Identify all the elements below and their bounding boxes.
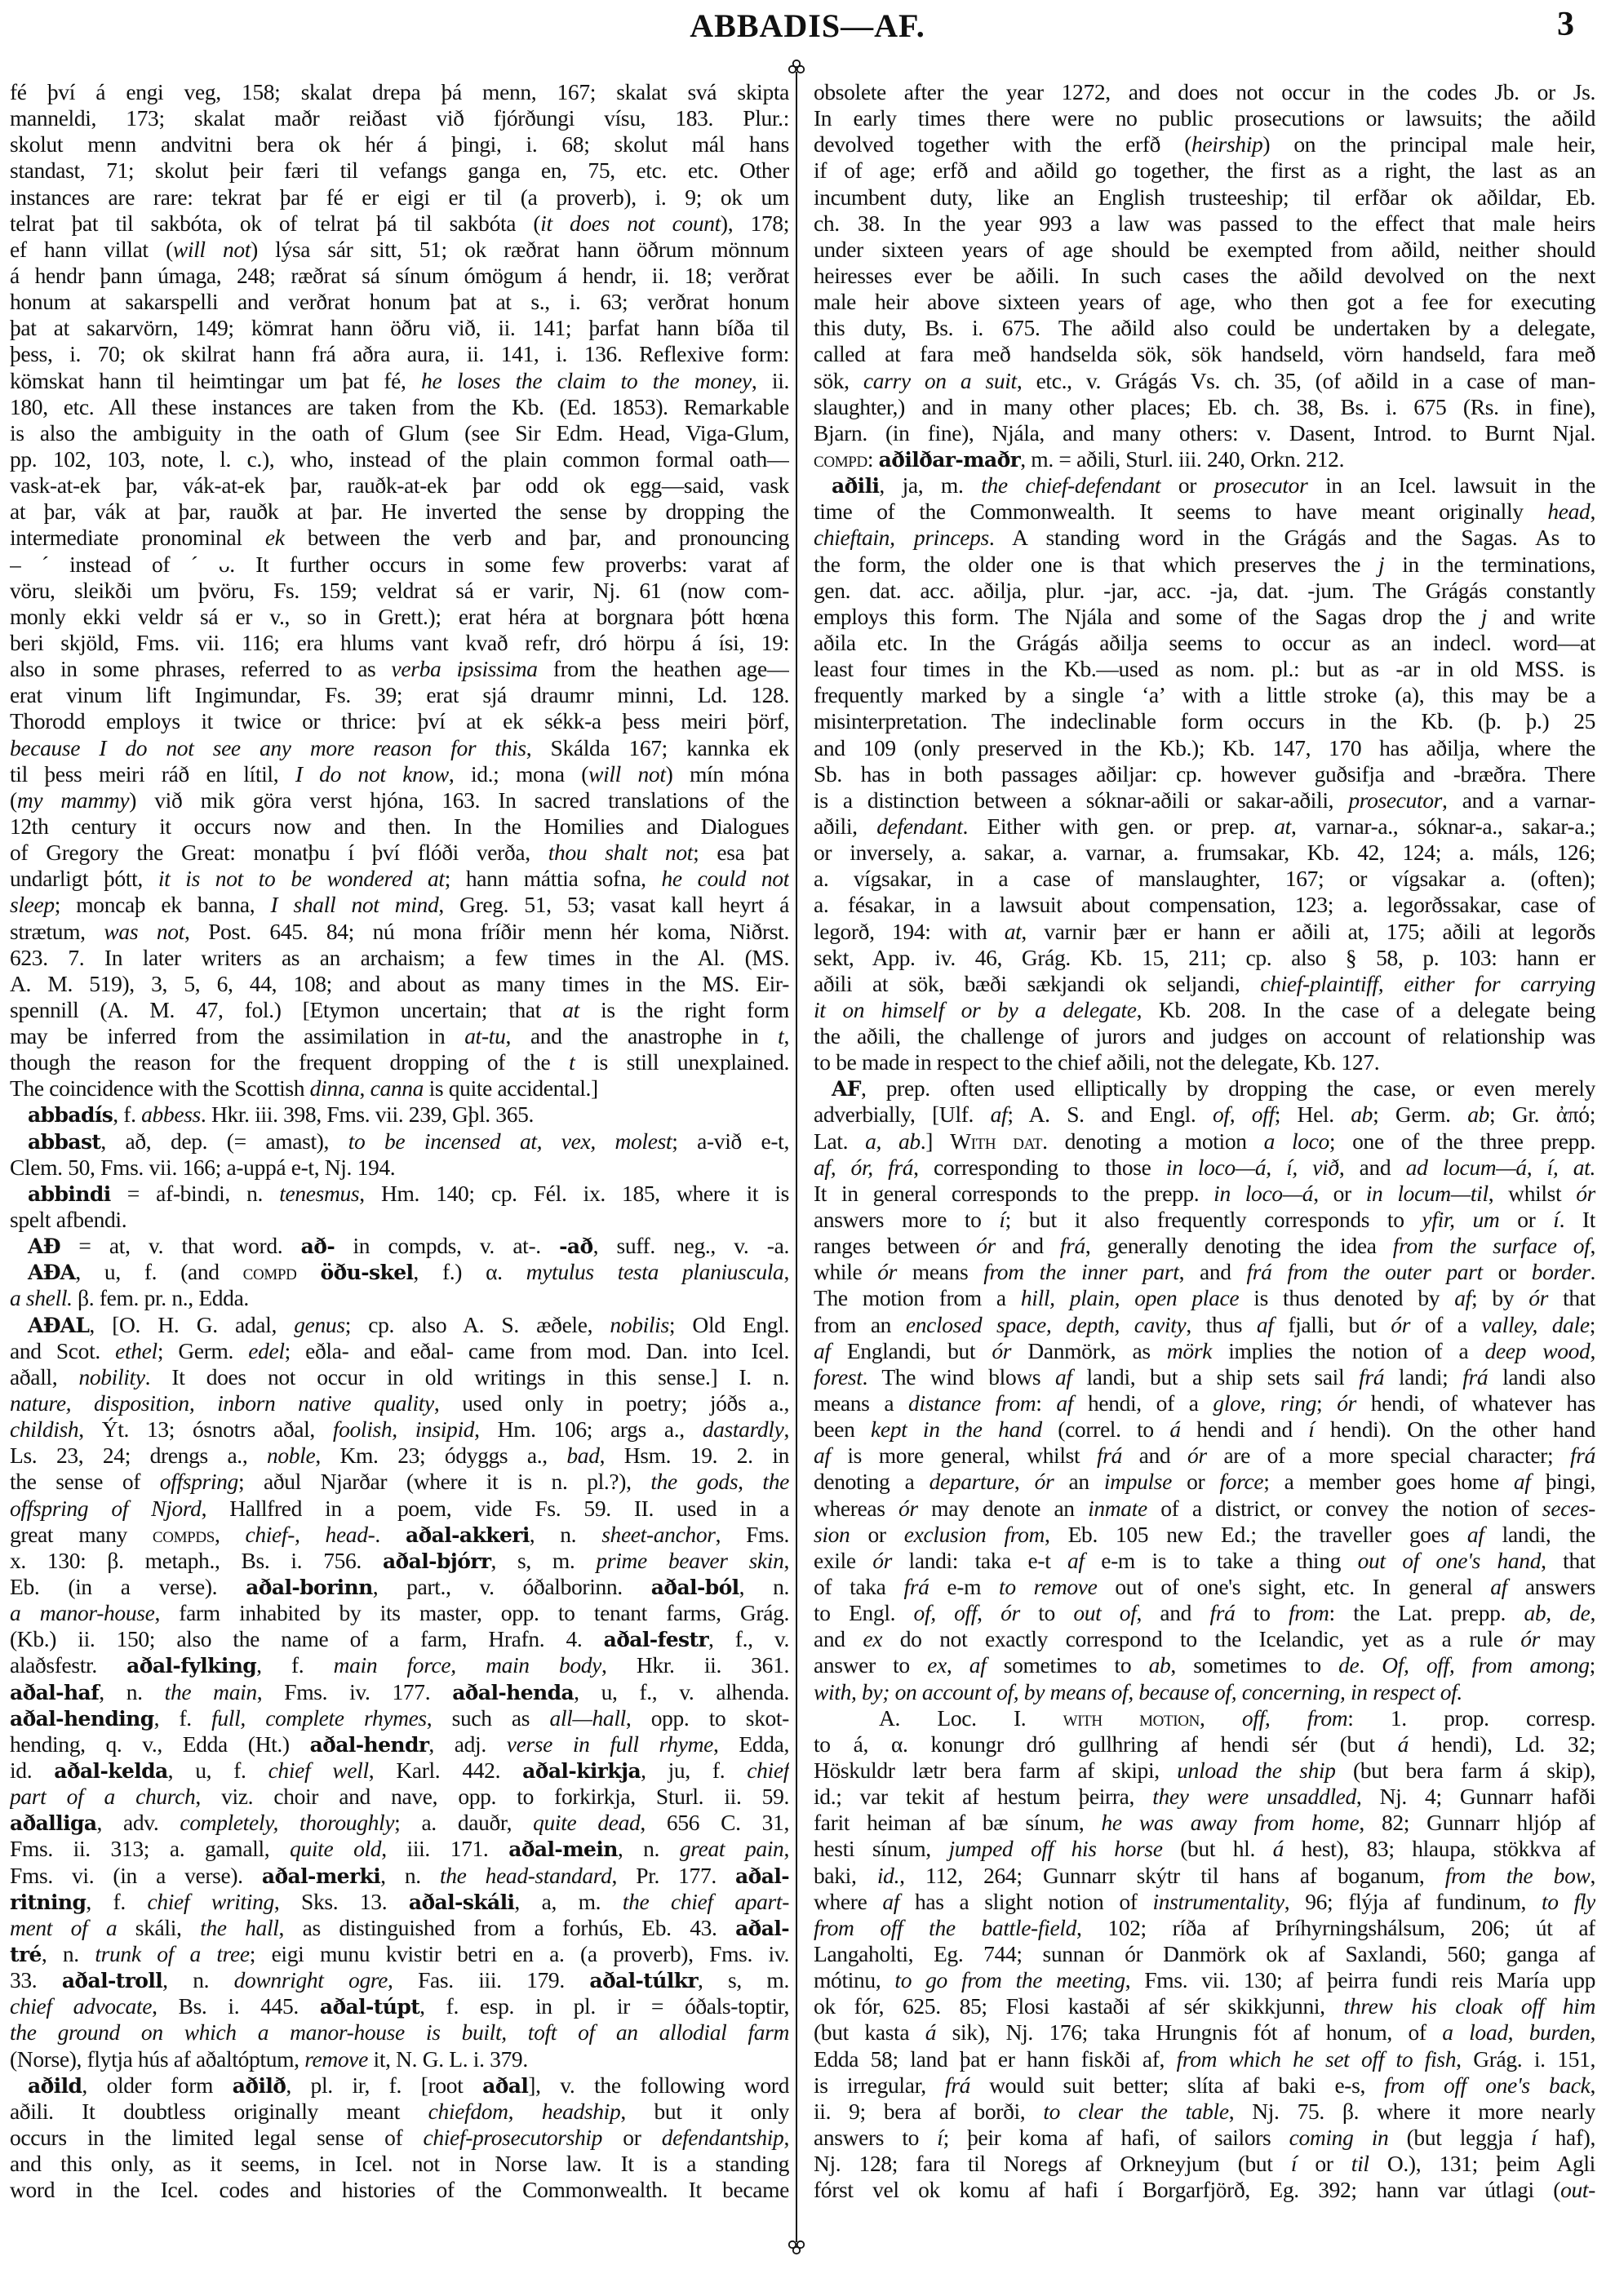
text-segment: , n. [618, 1836, 680, 1861]
text-segment: , suff. neg., v. -a. [593, 1233, 789, 1258]
headword: aðal-bjórr [383, 1549, 491, 1573]
text-segment: from off one's back [1384, 2072, 1590, 2098]
text-segment: aðila etc. In the Grágás aðilja seems to… [814, 630, 1595, 655]
text-segment: Lat. [814, 1128, 865, 1154]
text-segment: thou shalt not [548, 840, 693, 865]
text-segment: devolved together with the erfð ( [814, 131, 1191, 157]
text-segment: denoting a [814, 1469, 930, 1494]
text-segment: defendant [876, 813, 962, 839]
text-line: this duty, Bs. i. 675. The aðild also co… [814, 315, 1595, 341]
text-line: af Englandi, but ór Danmörk, as mörk imp… [814, 1338, 1595, 1364]
text-segment: ór [1520, 1626, 1540, 1651]
text-line: ok fór, 625. 85; Flosi kastaði af sér sk… [814, 1993, 1595, 2019]
text-line: 33. aðal-troll, n. downright ogre, Fas. … [10, 1967, 789, 1993]
text-segment: hendi). On the other hand [1315, 1416, 1595, 1442]
text-line: offspring of Njord, Hallfred in a poem, … [10, 1496, 789, 1522]
text-segment: hendi, of whatever has [1356, 1390, 1595, 1416]
text-segment: , Fms. vii. 130; af þeirra fundi reis Ma… [1125, 1967, 1595, 1992]
text-segment: hendi, of a [1073, 1390, 1213, 1416]
text-segment: Thorodd employs it twice or thrice: því … [10, 708, 789, 734]
text-segment: sometimes to [986, 1652, 1148, 1678]
text-segment: the form, the older one is that which pr… [814, 552, 1378, 577]
text-segment: ab, de [1524, 1600, 1590, 1625]
text-segment: will not [588, 761, 666, 787]
text-segment: dastardly [703, 1416, 784, 1442]
text-line: baki, id., 112, 264; Gunnarr skýtr til h… [814, 1863, 1595, 1889]
text-segment: standast, 71; skolut þeir færi til vefan… [10, 157, 789, 183]
text-segment: , [1590, 1338, 1595, 1363]
text-segment: out of one's hand [1358, 1548, 1542, 1573]
text-segment: jumped off his horse [948, 1836, 1162, 1861]
text-segment: offspring of Njord [10, 1496, 202, 1521]
text-segment: frá [903, 1574, 929, 1599]
text-line: denoting a departure, ór an impulse or f… [814, 1469, 1595, 1495]
text-segment: monly ekki veldr sá er v., so in Grett.)… [10, 604, 789, 629]
text-segment: , u, f. (and [75, 1259, 242, 1284]
text-line: ch. 38. In the year 993 a law was passed… [814, 211, 1595, 237]
text-segment: 12th century it occurs now and then. In … [10, 813, 789, 839]
text-segment: (correl. to [1042, 1416, 1170, 1442]
text-line: answers more to í; but it also frequentl… [814, 1207, 1595, 1233]
text-segment: and [1122, 1443, 1187, 1468]
text-line: forest. The wind blows af landi, but a s… [814, 1364, 1595, 1390]
text-segment: quite dead [533, 1810, 640, 1835]
text-segment: , and the anastrophe in [505, 1023, 778, 1048]
text-segment: I. [977, 1705, 1063, 1731]
text-segment: where [814, 1889, 882, 1914]
text-line: fórst vel ok komu af hafi í Borgarfjörð,… [814, 2177, 1595, 2203]
text-line: a. fésakar, in a lawsuit about compensat… [814, 892, 1595, 918]
headword: aðal-festr [604, 1628, 708, 1651]
text-line: with, by; on account of, by means of, be… [814, 1679, 1595, 1705]
text-segment: a manor-house [10, 1600, 154, 1625]
text-segment: prosecutor [1348, 787, 1442, 813]
text-segment: canna [370, 1075, 424, 1101]
text-segment: of, off [914, 1600, 978, 1625]
text-line: devolved together with the erfð (heirshi… [814, 131, 1595, 157]
text-segment: denoting a motion [1048, 1128, 1264, 1154]
text-line: of Gregory the Great: monatþu í því flóð… [10, 840, 789, 866]
text-segment: would suit better; slíta af baki e-s, [970, 2072, 1384, 2098]
text-line: A. Loc. I. with motion, off, from: 1. pr… [814, 1705, 1595, 1731]
text-segment: sök, [814, 368, 863, 393]
text-segment: to go from the meeting [894, 1967, 1125, 1992]
text-segment: ) lýsa sár sitt, 51; ok ræðrat hann öðru… [251, 237, 789, 262]
text-segment: , thus [1186, 1312, 1257, 1337]
text-segment: in locum—til [1366, 1181, 1489, 1206]
text-segment: and write [1487, 604, 1595, 629]
text-segment: , Ýt. 13; ósnotrs aðal, [78, 1416, 333, 1442]
text-segment: ór [898, 1496, 918, 1521]
text-segment: the aðili, the challenge of jurors and j… [814, 1023, 1595, 1048]
text-segment: ; a-við e-t, [672, 1128, 789, 1154]
text-line: aðili, defendant. Either with gen. or pr… [814, 813, 1595, 840]
text-segment: seces- [1542, 1496, 1595, 1521]
text-segment: it is not to be wondered at [158, 866, 445, 891]
text-segment: chief [747, 1757, 789, 1783]
headword: aðal- [735, 1864, 789, 1888]
text-segment: a load, burden [1442, 2019, 1590, 2045]
text-segment: , 96; flýja af fundinum, [1284, 1889, 1542, 1914]
text-segment: sekt, App. iv. 46, Grág. Kb. 15, 211; cp… [814, 945, 1595, 970]
text-segment: the chief apart- [623, 1889, 789, 1914]
text-line: though the reason for the frequent dropp… [10, 1049, 789, 1075]
text-segment: distance from [908, 1390, 1036, 1416]
text-segment: main force, main body [334, 1652, 601, 1678]
text-segment: fórst vel ok komu af hafi í Borgarfjörð,… [814, 2177, 1560, 2202]
text-segment: though the reason for the frequent dropp… [10, 1049, 569, 1075]
text-segment: . [1590, 1259, 1595, 1284]
text-segment: will not [173, 237, 251, 262]
text-line: abbast, að, dep. (= amast), to be incens… [10, 1128, 789, 1155]
text-segment: , Kb. 208. In the case of a delegate bei… [1137, 997, 1595, 1022]
text-segment: frá [1060, 1233, 1085, 1258]
text-segment: is a distinction between a sóknar-aðili … [814, 787, 1348, 813]
text-line: from an enclosed space, depth, cavity, t… [814, 1312, 1595, 1338]
text-segment: foolish, insipid [333, 1416, 474, 1442]
text-line: may be inferred from the assimilation in… [10, 1023, 789, 1049]
text-segment: ex [863, 1626, 882, 1651]
text-segment: or [1160, 472, 1214, 498]
text-segment: í [1553, 1207, 1559, 1232]
text-segment: employs this form. The Njála and some of… [814, 604, 1481, 629]
text-line: been kept in the hand (correl. to á hend… [814, 1416, 1595, 1443]
text-segment: , [1590, 1233, 1595, 1258]
text-segment: of taka [814, 1574, 903, 1599]
text-segment: great pain [680, 1836, 784, 1861]
text-segment: , id.; mona ( [449, 761, 588, 787]
text-segment: . [375, 1522, 406, 1547]
text-segment: instrumentality [1152, 1889, 1284, 1914]
text-line: standast, 71; skolut þeir færi til vefan… [10, 157, 789, 184]
text-segment: to be made in respect to the chief aðili… [814, 1049, 1379, 1075]
text-segment: de [1338, 1652, 1359, 1678]
text-segment: , Nj. 75. β. where it more nearly [1229, 2099, 1595, 2124]
text-line: (Kb.) ii. 150; also the name of a farm, … [10, 1626, 789, 1652]
text-segment: , [1590, 499, 1595, 524]
text-segment: beri skjöld, Fms. vii. 116; era hlums va… [10, 630, 789, 655]
text-line: occurs in the limited legal sense of chi… [10, 2125, 789, 2151]
text-segment: landi, the [1484, 1522, 1595, 1547]
text-segment: or [602, 2125, 662, 2150]
text-segment: , ju, f. [641, 1757, 747, 1783]
text-segment: Clem. 50, Fms. vii. 166; a-uppá e-t, Nj.… [10, 1155, 395, 1180]
text-segment: compd [814, 446, 867, 472]
text-line: obsolete after the year 1272, and does n… [814, 79, 1595, 105]
text-segment: af [1055, 1364, 1072, 1390]
left-column: fé því á engi veg, 158; skalat drepa þá … [10, 79, 789, 2203]
text-line: pp. 102, 103, note, l. c.), who, instead… [10, 446, 789, 472]
text-segment: , and [1179, 1259, 1247, 1284]
text-line: part of a church, viz. choir and nave, o… [10, 1784, 789, 1810]
text-segment: sheet-anchor [601, 1522, 715, 1547]
text-segment: , Karl. 442. [369, 1757, 522, 1783]
text-segment: , n. [99, 1679, 164, 1704]
text-segment: aðall, [10, 1364, 78, 1390]
text-segment: mytulus testa planiuscula [526, 1259, 784, 1284]
text-segment: means [897, 1259, 983, 1284]
text-segment: a, ab [865, 1128, 921, 1154]
text-segment: , n. [42, 1941, 95, 1966]
text-segment: enclosed space, depth, cavity [906, 1312, 1187, 1337]
text-line: and ex do not exactly correspond to the … [814, 1626, 1595, 1652]
text-line: chieftain, princeps. A standing word in … [814, 525, 1595, 551]
text-segment: ór [877, 1259, 897, 1284]
text-segment: he loses the claim to the money [421, 368, 752, 393]
text-segment: ; a. dauðr, [394, 1810, 533, 1835]
text-segment: threw his cloak off him [1344, 1993, 1595, 2019]
text-segment: aðili, [814, 813, 876, 839]
text-line: Clem. 50, Fms. vii. 166; a-uppá e-t, Nj.… [10, 1155, 789, 1181]
text-segment: manneldi, 173; skalat maðr reiðast við f… [10, 105, 789, 131]
text-segment: spennill (A. M. 47, fol.) [Etymon uncert… [10, 997, 562, 1022]
text-segment: , adj. [428, 1731, 506, 1757]
text-line: misinterpretation. The indeclinable form… [814, 708, 1595, 734]
text-segment: (but bera farm á skip), [1336, 1757, 1595, 1783]
text-line: aðili at sök, bæði sækjandi ok seljandi,… [814, 971, 1595, 997]
text-line: incumbent duty, like an English trustees… [814, 184, 1595, 211]
text-line: monly ekki veldr sá er v., so in Grett.)… [10, 604, 789, 630]
text-line: least four times in the Kb.—used as nom.… [814, 656, 1595, 682]
text-segment: chief-plaintiff, either for carrying [1260, 971, 1595, 996]
text-segment: skáli, [117, 1915, 200, 1940]
text-segment: to be incensed at, vex, molest [348, 1128, 672, 1154]
text-segment: : the Lat. prepp. [1329, 1600, 1524, 1625]
text-segment: skolut menn andvitni bera ok hér á þingi… [10, 131, 789, 157]
text-line: sök, carry on a suit, etc., v. Grágás Vs… [814, 368, 1595, 394]
text-segment: and [996, 1233, 1060, 1258]
text-segment: , Hm. 140; cp. Fél. ix. 185, where it is [359, 1181, 789, 1206]
text-segment: verse in full rhyme [507, 1731, 713, 1757]
text-segment: ok fór, 625. 85; Flosi kastaði af sér sk… [814, 1993, 1344, 2019]
text-segment: kömskat hann til heimtingar um þat fé, [10, 368, 421, 393]
text-segment: The coincidence with the Scottish [10, 1075, 310, 1101]
text-line: mótinu, to go from the meeting, Fms. vii… [814, 1967, 1595, 1993]
text-segment: , pl. ir, f. [root [286, 2072, 482, 2098]
text-segment: at [1005, 919, 1022, 944]
text-segment: , etc., v. Grágás Vs. ch. 35, (of aðild … [1017, 368, 1595, 393]
text-segment: , part., v. óðalborinn. [373, 1574, 651, 1599]
text-segment: if of age; erfð and aðild go together, t… [814, 157, 1595, 183]
text-segment: af [1467, 1522, 1484, 1547]
text-segment: , 112, 264; Gunnarr skýtr til hans af bo… [899, 1863, 1445, 1888]
text-segment: (but leggja [1388, 2125, 1531, 2150]
text-segment: defendantship [662, 2125, 784, 2150]
text-segment: strætum, [10, 919, 104, 944]
text-segment: he could not [662, 866, 789, 891]
text-line: AÐ = at, v. that word. að- in compds, v.… [10, 1233, 789, 1259]
text-segment: , viz. choir and nave, opp. to forkirkja… [195, 1784, 789, 1809]
text-segment: 623. 7. In later writers as an archaism;… [10, 945, 789, 970]
headword: aðal-ból [651, 1576, 739, 1599]
text-segment: í [937, 2125, 943, 2150]
headword: aðal-merki [262, 1864, 380, 1888]
text-segment: has a slight notion of [899, 1889, 1152, 1914]
text-segment: hendi and [1181, 1416, 1309, 1442]
text-segment: í [999, 1207, 1005, 1232]
headword: abbast [28, 1130, 100, 1154]
text-segment: it does not count [540, 211, 721, 236]
text-segment: the hall [200, 1915, 278, 1940]
text-segment: misinterpretation. The indeclinable form… [814, 708, 1595, 734]
text-segment: , Eb. 105 new Ed.; the traveller goes [1045, 1522, 1467, 1547]
text-segment: í [1308, 1416, 1314, 1442]
text-segment: ór [976, 1233, 996, 1258]
text-segment: undarligt þótt, [10, 866, 158, 891]
text-segment: legorð, 194: with [814, 919, 1005, 944]
text-segment: , older form [82, 2072, 232, 2098]
text-segment: af [1490, 1574, 1507, 1599]
text-segment: , adv. [96, 1810, 180, 1835]
page-number: 3 [1557, 5, 1574, 44]
text-segment: to remove [999, 1574, 1097, 1599]
text-segment: A. Loc. [879, 1705, 977, 1731]
headword: AÐA [28, 1261, 75, 1284]
text-segment: was not [104, 919, 184, 944]
text-line: heiresses ever be aðili. In such cases t… [814, 263, 1595, 289]
text-segment: glove, ring [1213, 1390, 1316, 1416]
text-line: is irregular, frá would suit better; slí… [814, 2072, 1595, 2099]
text-segment: may denote an [918, 1496, 1088, 1521]
headword: aðal-borinn [246, 1576, 373, 1599]
text-line: while ór means from the inner part, and … [814, 1259, 1595, 1285]
text-segment: obsolete after the year 1272, and does n… [814, 79, 1595, 104]
text-segment: ad locum—á, í, at. [1406, 1155, 1595, 1180]
text-segment: , m. = aðili, Sturl. iii. 240, Orkn. 212… [1020, 446, 1344, 472]
text-line: telrat þat til sakbóta, ok of telrat þá … [10, 211, 789, 237]
text-segment: ; [1590, 1652, 1595, 1678]
text-segment: chief writing [148, 1889, 274, 1914]
text-segment: , as distinguished from a forhús, Eb. 43… [279, 1915, 736, 1940]
text-segment: , but it only [620, 2099, 789, 2124]
text-segment: , [977, 1600, 1001, 1625]
text-segment: e-m [930, 1574, 1000, 1599]
text-segment: the chief-defendant [981, 472, 1160, 498]
text-segment: Englandi, but [831, 1338, 992, 1363]
text-segment: , f. esp. in pl. ir = óðals-toptir, [419, 1993, 789, 2019]
headword: að- [301, 1234, 335, 1258]
text-line: Eb. (in a verse). aðal-borinn, part., v.… [10, 1574, 789, 1600]
text-segment: ab [1149, 1652, 1171, 1678]
text-segment: , [783, 1416, 789, 1442]
text-line: ritning, f. chief writing, Sks. 13. aðal… [10, 1889, 789, 1915]
text-segment: , and [1339, 1155, 1406, 1180]
text-segment: frá [1570, 1443, 1595, 1468]
text-line: means a distance from: af hendi, of a gl… [814, 1390, 1595, 1416]
headword: ritning [10, 1890, 86, 1914]
text-line: is a distinction between a sóknar-aðili … [814, 787, 1595, 813]
text-segment: mörk [1167, 1338, 1212, 1363]
text-line: abbadís, f. abbess. Hkr. iii. 398, Fms. … [10, 1101, 789, 1128]
text-line: aðild, older form aðilð, pl. ir, f. [roo… [10, 2072, 789, 2099]
text-segment: from an [814, 1312, 906, 1337]
headword: aðal-haf [10, 1681, 99, 1704]
text-segment: heiresses ever be aðili. In such cases t… [814, 263, 1595, 288]
text-line: adverbially, [Ulf. af; A. S. and Engl. o… [814, 1101, 1595, 1128]
text-segment: is also the ambiguity in the oath of Glu… [10, 420, 789, 445]
text-line: whereas ór may denote an inmate of a dis… [814, 1496, 1595, 1522]
text-segment: childish [10, 1416, 78, 1442]
text-segment: landi also [1488, 1364, 1595, 1390]
text-segment: unload the ship [1177, 1757, 1335, 1783]
text-segment: (but hl. [1163, 1836, 1273, 1861]
text-segment: , [783, 1836, 789, 1861]
text-segment: ; by [1471, 1285, 1528, 1310]
text-segment: the sense of [10, 1469, 160, 1494]
text-segment: I shall not mind [271, 892, 439, 917]
text-segment: á [1169, 1416, 1180, 1442]
text-segment: , varnar-a., sóknar-a., sakar-a.; [1291, 813, 1595, 839]
text-segment: , [783, 1023, 789, 1048]
text-segment: Edda 58; land þat er hann fiskði af, [814, 2046, 1177, 2072]
text-segment: ab [1351, 1101, 1373, 1127]
text-segment: the main [165, 1679, 257, 1704]
text-segment: ; A. S. and Engl. [1007, 1101, 1213, 1127]
text-line: compd: aðilðar-maðr, m. = aðili, Sturl. … [814, 446, 1595, 472]
text-line: Höskuldr lætr bera farm af skipi, unload… [814, 1757, 1595, 1784]
text-segment: nature, disposition, inborn native quali… [10, 1390, 434, 1416]
text-line: skolut menn andvitni bera ok hér á þingi… [10, 131, 789, 157]
text-line: Edda 58; land þat er hann fiskði af, fro… [814, 2046, 1595, 2072]
text-segment: to [1020, 1600, 1073, 1625]
text-segment: because I do not see any more reason for… [10, 735, 526, 760]
text-segment: ; Germ. [1373, 1101, 1467, 1127]
text-line: the ground on which a manor-house is bui… [10, 2019, 789, 2046]
text-line: employs this form. The Njála and some of… [814, 604, 1595, 630]
text-segment: ment of a [10, 1915, 117, 1940]
text-line: is also the ambiguity in the oath of Glu… [10, 420, 789, 446]
text-line: The motion from a hill, plain, open plac… [814, 1285, 1595, 1311]
text-segment: af [991, 1101, 1008, 1127]
headword: aðal-kelda [54, 1759, 167, 1783]
headword: aðili [832, 474, 879, 498]
text-line: slaughter,) and in many other places; Eb… [814, 394, 1595, 420]
text-line: word in the Icel. codes and histories of… [10, 2177, 789, 2203]
text-line: vöru, sleikði um þvöru, Fs. 159; veldrat… [10, 578, 789, 604]
text-segment: , or [1313, 1181, 1366, 1206]
text-segment: ek [265, 525, 285, 550]
text-line: (Norse), flytja hús af aðaltóptum, remov… [10, 2046, 789, 2072]
text-segment: tenesmus [279, 1181, 359, 1206]
text-segment: erat vinum lift Ingimundar, Fs. 39; erat… [10, 682, 789, 707]
text-segment: the gods, the [650, 1469, 789, 1494]
text-segment: , corresponding to those [913, 1155, 1166, 1180]
headword: tré [10, 1943, 42, 1966]
text-segment: ; moncaþ ek banna, [55, 892, 271, 917]
text-segment: implies the notion of a [1212, 1338, 1485, 1363]
text-line: abbindi = af-bindi, n. tenesmus, Hm. 140… [10, 1181, 789, 1207]
text-segment: to [1236, 1600, 1289, 1625]
text-segment: . A standing word in the Grágás and the … [989, 525, 1595, 550]
text-segment: forest [814, 1364, 863, 1390]
text-segment: yfir, um [1422, 1207, 1499, 1232]
text-segment: ór [992, 1338, 1011, 1363]
text-segment: deep wood [1485, 1338, 1591, 1363]
text-segment: completely, thoroughly [180, 1810, 394, 1835]
text-segment: called at fara með handselda sök, sök ha… [814, 341, 1595, 366]
text-line: the form, the older one is that which pr… [814, 552, 1595, 578]
text-segment: , Hm. 106; args a., [474, 1416, 703, 1442]
text-segment: or [1172, 1469, 1220, 1494]
text-segment: chief advocate [10, 1993, 152, 2019]
text-segment: with motion [1063, 1705, 1200, 1731]
text-segment: answers more to [814, 1207, 999, 1232]
text-segment: , Hallfred in a poem, vide Fs. 59. II. u… [202, 1496, 789, 1521]
text-segment: in loco—á, í, við [1166, 1155, 1339, 1180]
text-segment: is still unexplained. [575, 1049, 789, 1075]
text-line: aðall, nobility. It does not occur in ol… [10, 1364, 789, 1390]
text-segment: to clear the table [1043, 2099, 1228, 2124]
